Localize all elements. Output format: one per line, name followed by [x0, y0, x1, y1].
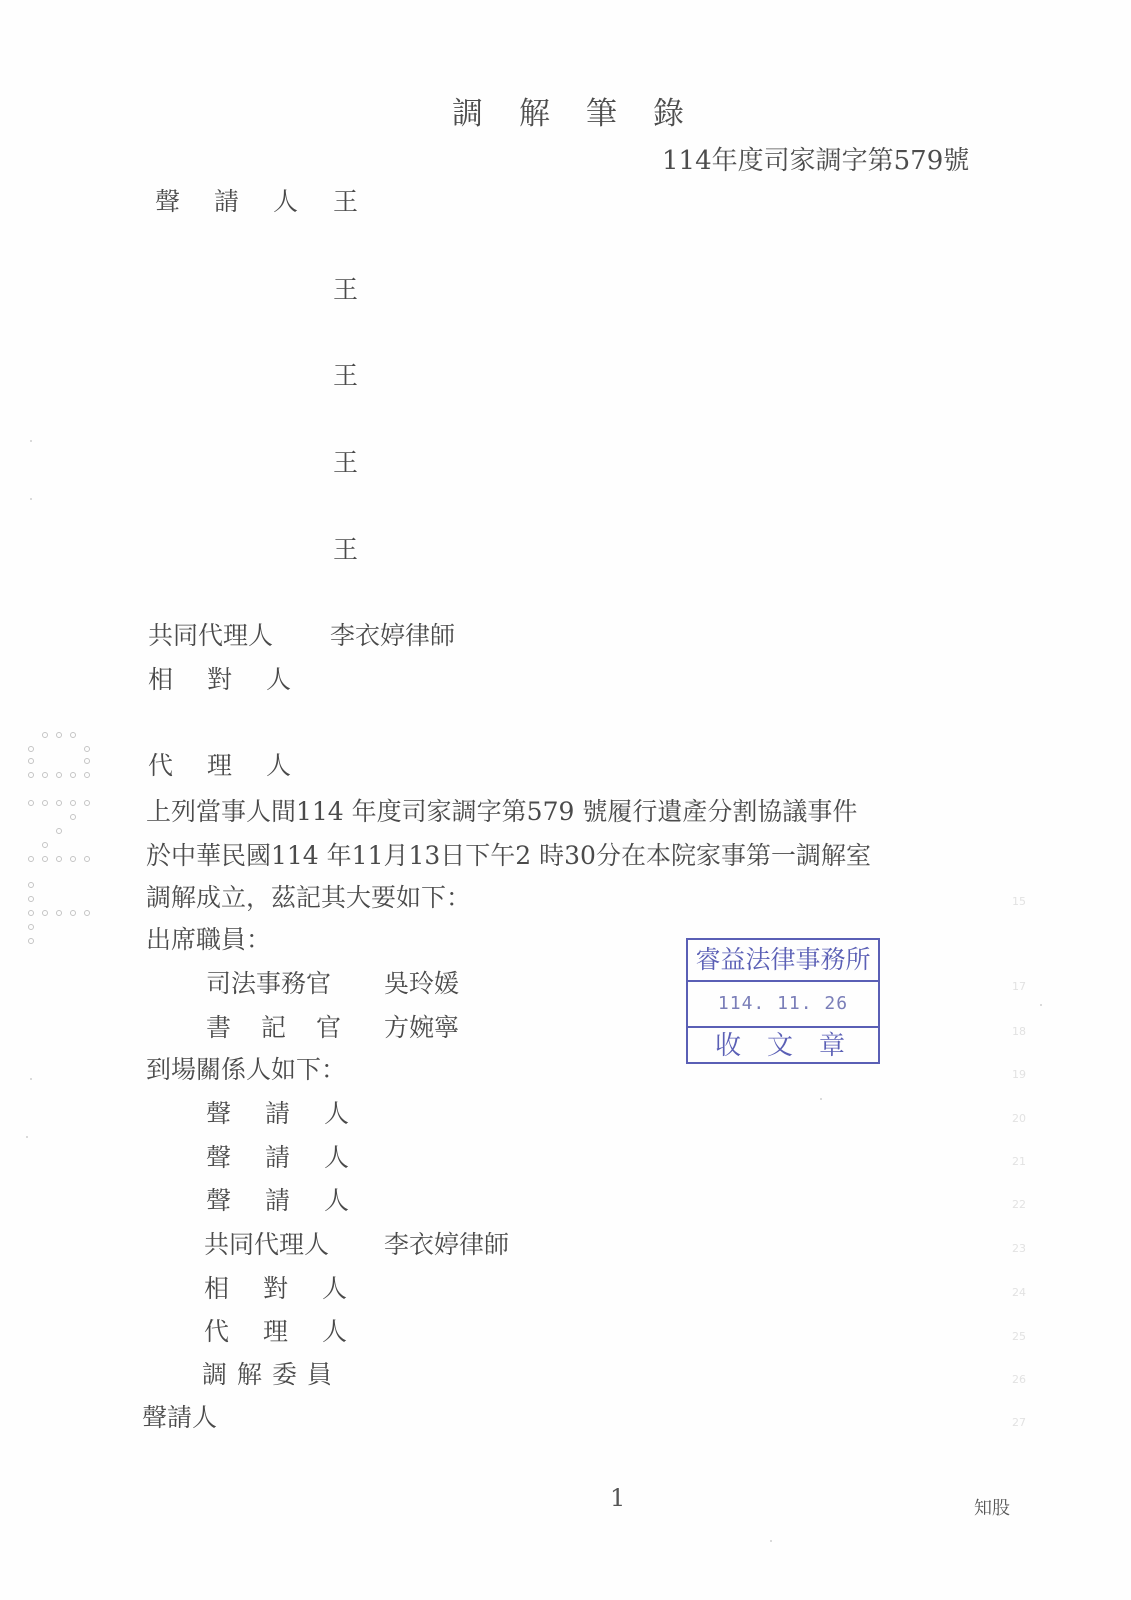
staff-name-1: 吳玲媛	[384, 964, 459, 1000]
attendee-role: 共同代理人	[204, 1225, 329, 1261]
joint-agent-label: 共同代理人	[148, 616, 273, 652]
body-line-2: 於中華民國114 年11月13日下午2 時30分在本院家事第一調解室	[146, 836, 871, 872]
margin-line-number: 18	[1012, 1025, 1026, 1038]
respondent-label: 相對人	[148, 660, 325, 696]
margin-line-number: 21	[1012, 1155, 1026, 1168]
case-number: 114年度司家調字第579號	[662, 140, 969, 177]
attendee-role: 聲請人	[206, 1181, 383, 1217]
margin-line-number: 20	[1012, 1112, 1026, 1125]
attendee-role: 相對人	[204, 1269, 381, 1305]
petitioner-label: 聲請人	[155, 182, 332, 218]
document-page: 調解筆錄 114年度司家調字第579號 聲請人 王 王 王 王 王 共同代理人 …	[0, 0, 1131, 1600]
trailing-petitioner-label: 聲請人	[142, 1398, 217, 1434]
attendee-role: 代理人	[204, 1312, 381, 1348]
attending-staff-heading: 出席職員：	[146, 920, 271, 956]
stamp-firm-name: 睿益法律事務所	[688, 940, 878, 982]
footer-mark: 知股	[974, 1494, 1010, 1520]
page-number: 1	[610, 1484, 625, 1512]
margin-line-number: 22	[1012, 1198, 1026, 1211]
attendee-name: 李衣婷律師	[384, 1225, 509, 1261]
margin-line-number: 26	[1012, 1373, 1026, 1386]
body-line-1: 上列當事人間114 年度司家調字第579 號履行遺產分割協議事件	[146, 792, 857, 828]
agent-label: 代理人	[148, 746, 325, 782]
petitioner-name-2: 王	[333, 270, 358, 306]
margin-line-number: 24	[1012, 1286, 1026, 1299]
body-line-3: 調解成立，茲記其大要如下：	[146, 878, 471, 914]
petitioner-name-3: 王	[333, 356, 358, 392]
attendees-heading: 到場關係人如下：	[146, 1050, 346, 1086]
joint-agent-name: 李衣婷律師	[330, 616, 455, 652]
petitioner-name-1: 王	[333, 182, 358, 218]
staff-name-2: 方婉寧	[384, 1008, 459, 1044]
document-title: 調解筆錄	[452, 88, 720, 133]
stamp-date: 114. 11. 26	[688, 982, 878, 1028]
petitioner-name-4: 王	[333, 443, 358, 479]
staff-role-1: 司法事務官	[206, 964, 331, 1000]
margin-line-number: 23	[1012, 1242, 1026, 1255]
stamp-label: 收文章	[688, 1028, 878, 1064]
petitioner-name-5: 王	[333, 530, 358, 566]
margin-line-number: 27	[1012, 1416, 1026, 1429]
staff-role-2: 書記官	[206, 1008, 371, 1044]
margin-line-number: 17	[1012, 980, 1026, 993]
margin-line-number: 25	[1012, 1330, 1026, 1343]
received-stamp: 睿益法律事務所 114. 11. 26 收文章	[686, 938, 880, 1064]
attendee-role: 聲請人	[206, 1138, 383, 1174]
margin-line-number: 19	[1012, 1068, 1026, 1081]
margin-line-number: 15	[1012, 895, 1026, 908]
attendee-role: 聲請人	[206, 1094, 383, 1130]
attendee-role: 調解委員	[202, 1355, 342, 1391]
